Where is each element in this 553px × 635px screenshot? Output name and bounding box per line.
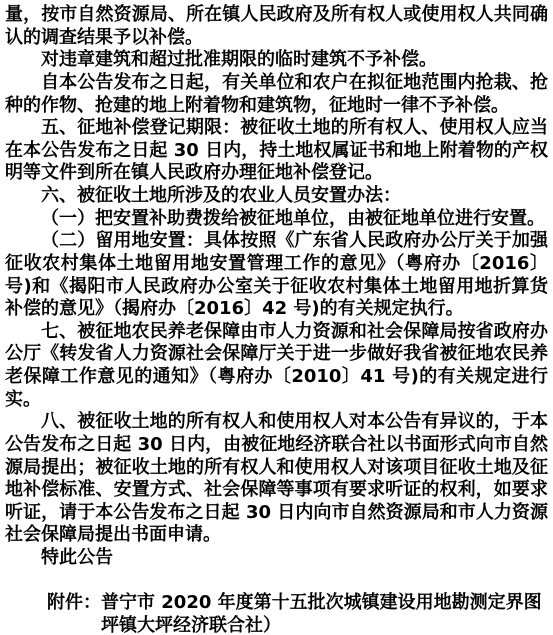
document-line: 社会保障局提出书面申请。: [5, 524, 548, 547]
document-line: 在本公告发布之日起 30 日内，持土地权属证书和地上附着物的产权证: [5, 140, 548, 163]
document-line: 老保障工作意见的通知》（粤府办〔2010〕41 号)的有关规定进行落: [5, 366, 548, 389]
document-line: 源局提出；被征收土地的所有权人和使用权人对该项目征收土地及征: [5, 457, 548, 480]
document-line: 对违章建筑和超过批准期限的临时建筑不予补偿。: [5, 49, 548, 72]
document-line: 种的作物、抢建的地上附着物和建筑物，征地时一律不予补偿。: [5, 95, 548, 118]
document-line: （二）留用地安置：具体按照《广东省人民政府办公厅关于加强: [5, 230, 548, 253]
document-line: 号)和《揭阳市人民政府办公室关于征收农村集体土地留用地折算货币: [5, 276, 548, 299]
attachment-block: 附件： 普宁市 2020 年度第十五批次城镇建设用地勘测定界图(大 坪镇大坪经济…: [47, 592, 548, 635]
document-line: 公告发布之日起 30 日内，由被征地经济联合社以书面形式向市自然资: [5, 434, 548, 457]
document-line: 实。: [5, 389, 548, 412]
document-line: 补偿的意见》（揭府办〔2016〕42 号)的有关规定执行。: [5, 298, 548, 321]
document-line: 明等文件到所在镇人民政府办理征地补偿登记。: [5, 162, 548, 185]
notice-document: 量，按市自然资源局、所在镇人民政府及所有权人或使用权人共同确 认的调查结果予以补…: [0, 0, 553, 635]
document-line: 七、被征地农民养老保障由市人力资源和社会保障局按省政府办: [5, 321, 548, 344]
document-line: 征收农村集体土地留用地安置管理工作的意见》（粤府办〔2016〕30: [5, 253, 548, 276]
document-line: 公厅《转发省人力资源社会保障厅关于进一步做好我省被征地农民养: [5, 343, 548, 366]
attachment-label: 附件：: [47, 592, 101, 615]
attachment-line: 普宁市 2020 年度第十五批次城镇建设用地勘测定界图(大: [101, 592, 548, 615]
document-line: （一）把安置补助费拨给被征地单位，由被征地单位进行安置。: [5, 208, 548, 231]
document-line: 地补偿标准、安置方式、社会保障等事项有要求听证的权利，如要求: [5, 479, 548, 502]
closing-line: 特此公告: [5, 547, 548, 570]
document-line: 量，按市自然资源局、所在镇人民政府及所有权人或使用权人共同确: [5, 4, 548, 27]
blank-line: [5, 570, 548, 593]
document-line: 五、征地补偿登记期限：被征收土地的所有权人、使用权人应当: [5, 117, 548, 140]
attachment-content: 普宁市 2020 年度第十五批次城镇建设用地勘测定界图(大 坪镇大坪经济联合社）: [101, 592, 548, 635]
document-line: 自本公告发布之日起，有关单位和农户在拟征地范围内抢栽、抢: [5, 72, 548, 95]
attachment-line: 坪镇大坪经济联合社）: [101, 615, 548, 635]
document-line: 八、被征收土地的所有权人和使用权人对本公告有异议的，于本: [5, 411, 548, 434]
document-line: 认的调查结果予以补偿。: [5, 27, 548, 50]
document-line: 听证，请于本公告发布之日起 30 日内向市自然资源局和市人力资源和: [5, 502, 548, 525]
document-line: 六、被征收土地所涉及的农业人员安置办法：: [5, 185, 548, 208]
